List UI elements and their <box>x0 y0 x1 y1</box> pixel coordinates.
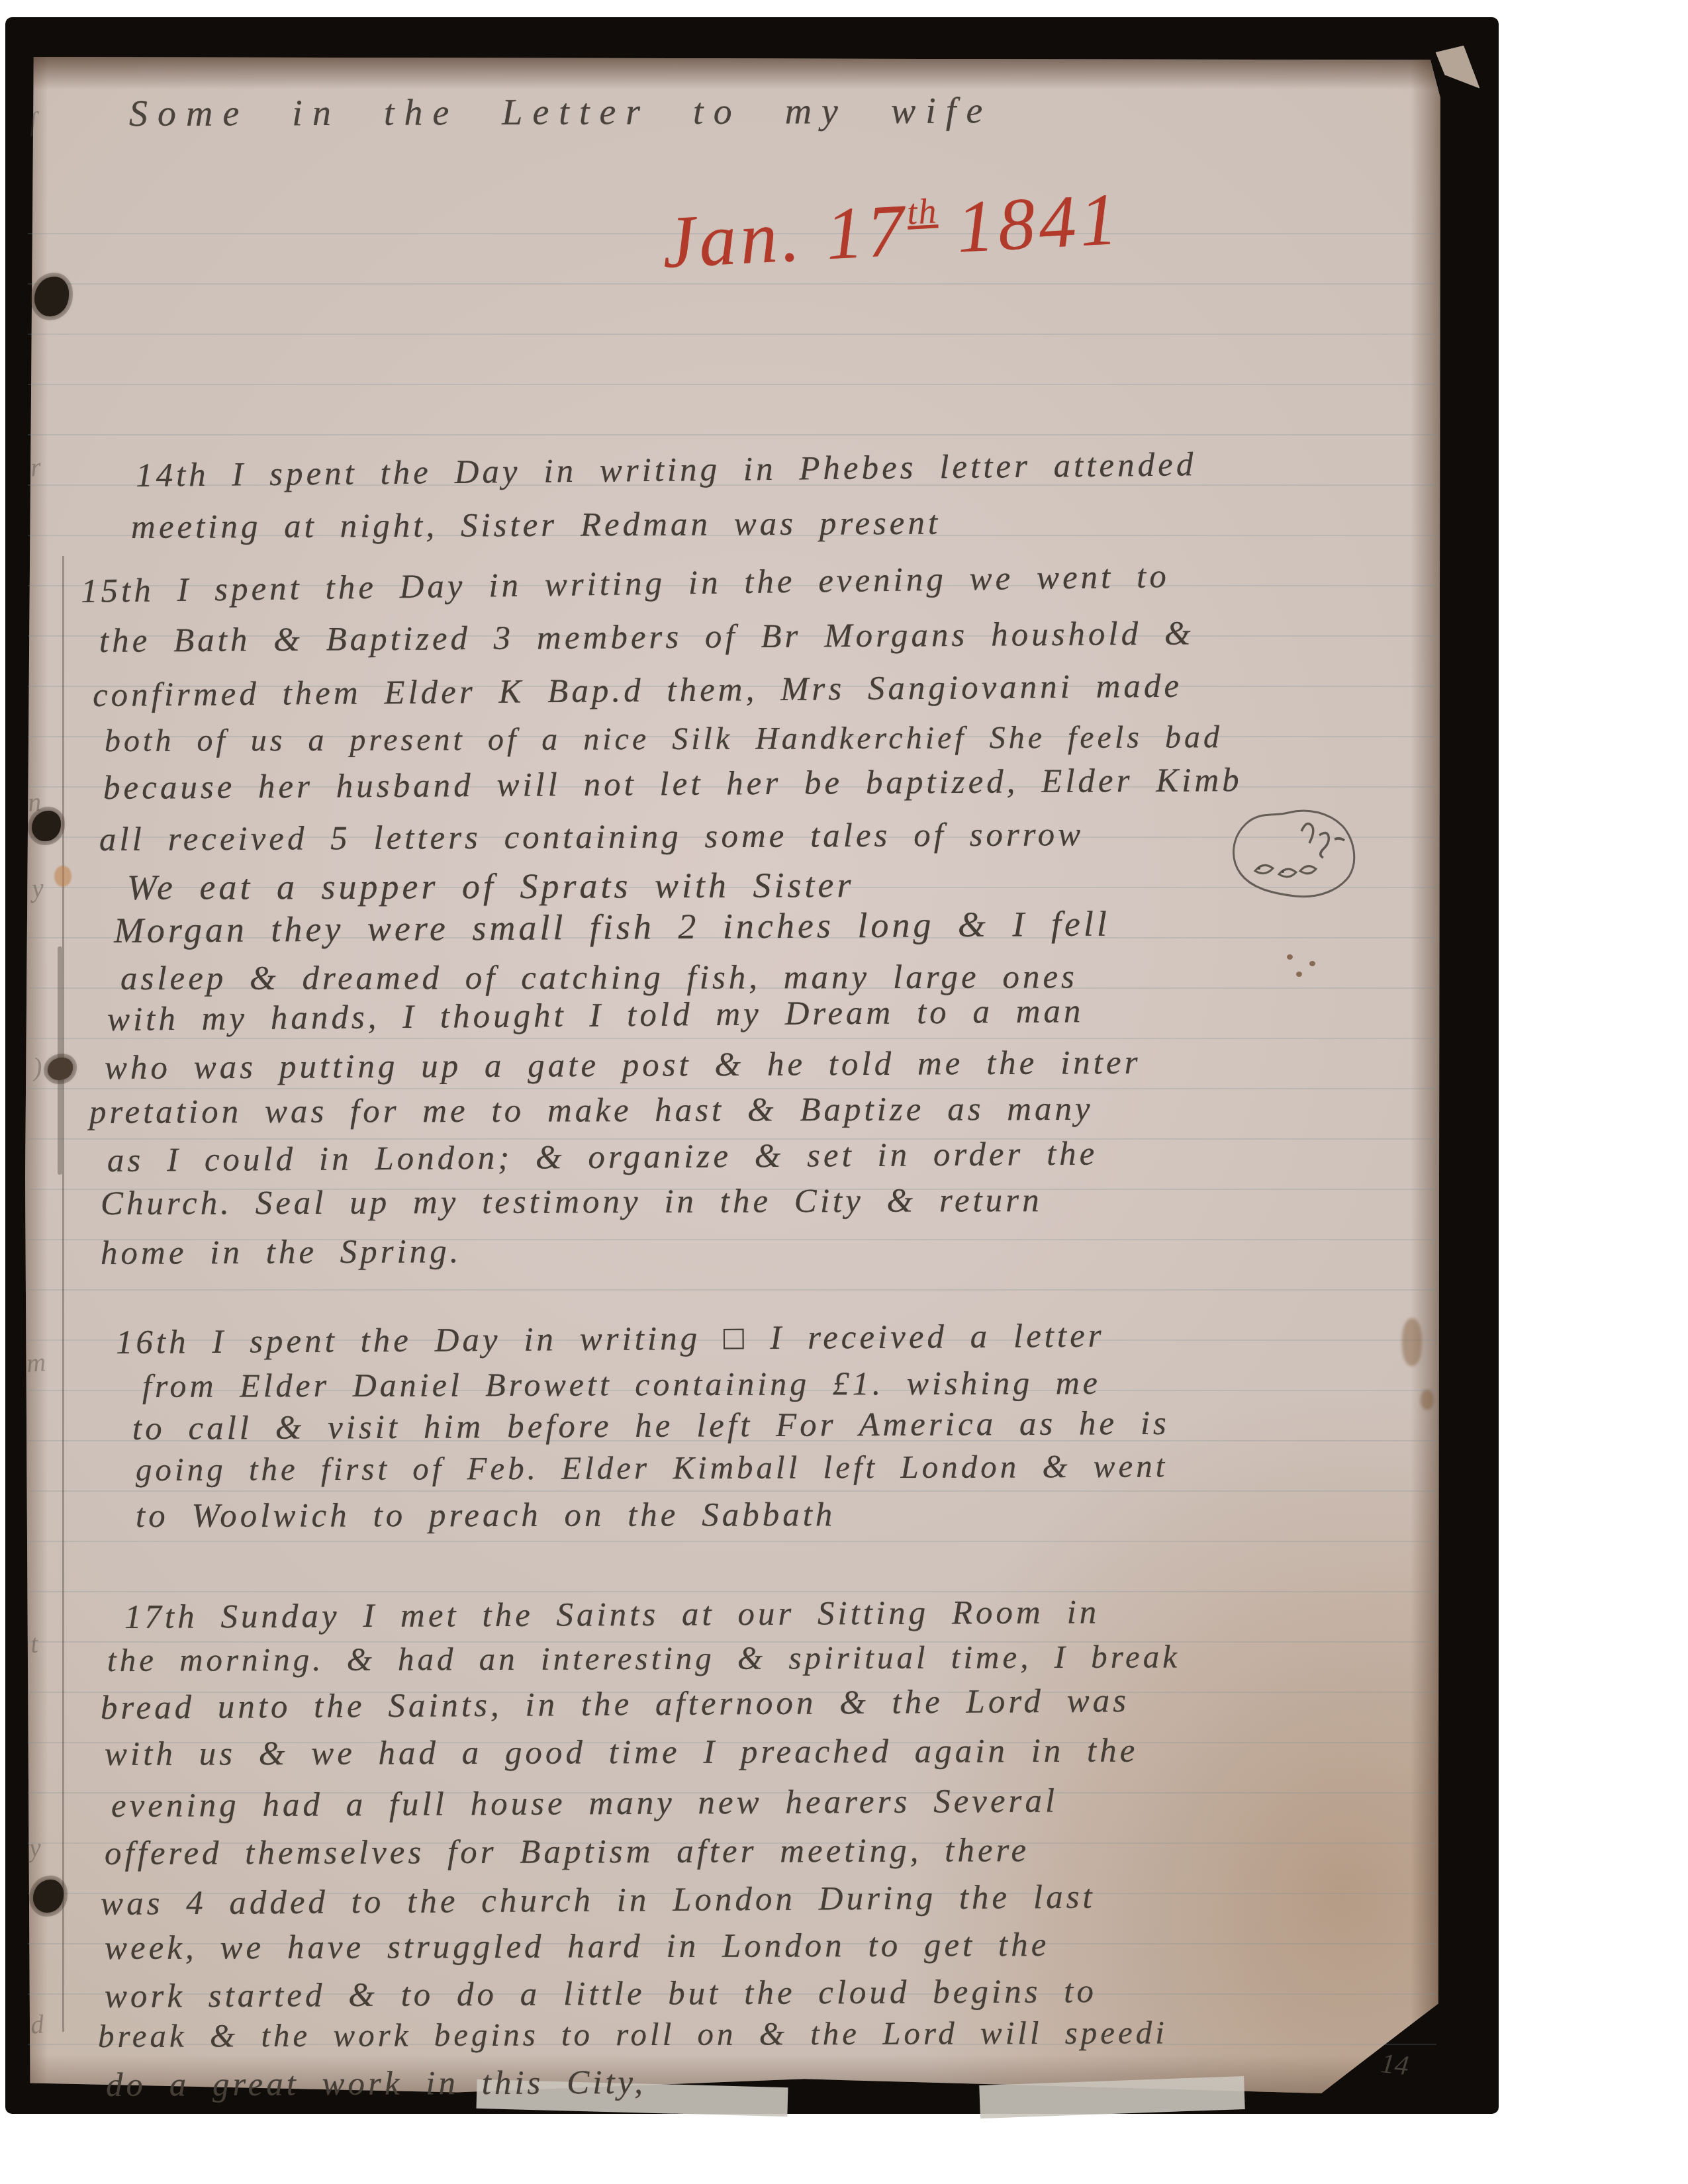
margin-bleedthrough: n <box>26 786 42 817</box>
date-year: 1841 <box>955 178 1123 269</box>
journal-line: who was putting up a gate post & he told… <box>105 1044 1141 1087</box>
journal-line: asleep & dreamed of catching fish, many … <box>120 958 1078 998</box>
journal-line: as I could in London; & organize & set i… <box>107 1135 1098 1180</box>
journal-line: the Bath & Baptized 3 members of Br Morg… <box>99 614 1194 660</box>
ink-speck <box>1287 954 1293 960</box>
ink-stain <box>1402 1318 1422 1366</box>
margin-bleedthrough: d <box>29 2008 44 2040</box>
journal-line: to Woolwich to preach on the Sabbath <box>136 1496 835 1535</box>
margin-bleedthrough: y <box>28 1831 42 1863</box>
journal-line: evening had a full house many new hearer… <box>111 1782 1058 1825</box>
journal-line: because her husband will not let her be … <box>103 761 1243 807</box>
date-ordinal: th <box>906 191 939 232</box>
margin-crease-line <box>62 556 64 2032</box>
scanned-journal-page: ſ r n y ) m t y d Some in the Letter to … <box>0 0 1688 2184</box>
margin-bleedthrough: r <box>29 451 42 483</box>
ink-stain <box>1421 1390 1434 1410</box>
journal-line: from Elder Daniel Browett containing £1.… <box>142 1363 1101 1405</box>
journal-line: both of us a present of a nice Silk Hand… <box>105 719 1223 759</box>
journal-line: all received 5 letters containing some t… <box>99 815 1084 859</box>
journal-line: going the first of Feb. Elder Kimball le… <box>136 1447 1168 1488</box>
date-month-day: Jan. 17 <box>660 189 910 284</box>
journal-line: bread unto the Saints, in the afternoon … <box>101 1682 1129 1727</box>
journal-line: to call & visit him before he left For A… <box>132 1404 1170 1448</box>
journal-line: pretation was for me to make hast & Bapt… <box>89 1090 1094 1132</box>
margin-bleedthrough: y <box>30 872 44 903</box>
journal-line: Church. Seal up my testimony in the City… <box>101 1181 1043 1223</box>
journal-line: We eat a supper of Sprats with Sister <box>127 864 855 908</box>
margin-bleedthrough: m <box>25 1346 46 1379</box>
journal-line: home in the Spring. <box>101 1232 462 1273</box>
journal-line: work started & to do a little but the cl… <box>105 1972 1097 2016</box>
ink-speck <box>1296 972 1302 977</box>
page-catchword: 14 <box>1380 2048 1411 2082</box>
header-note: Some in the Letter to my wife <box>129 89 992 135</box>
journal-line: the morning. & had an interesting & spir… <box>107 1637 1180 1679</box>
journal-line: with us & we had a good time I preached … <box>105 1732 1139 1774</box>
journal-line: was 4 added to the church in London Duri… <box>101 1878 1096 1923</box>
ink-speck <box>1309 961 1315 966</box>
ink-stain <box>54 866 71 887</box>
journal-line: break & the work begins to roll on & the… <box>98 2013 1168 2055</box>
journal-line: week, we have struggled hard in London t… <box>105 1926 1049 1968</box>
sprats-doodle <box>1225 806 1360 902</box>
journal-line: meeting at night, Sister Redman was pres… <box>131 504 941 547</box>
journal-line: Morgan they were small fish 2 inches lon… <box>114 903 1110 951</box>
journal-line: 16th I spent the Day in writing □ I rece… <box>116 1317 1105 1362</box>
journal-line: offered themselves for Baptism after mee… <box>105 1831 1029 1873</box>
journal-line: 17th Sunday I met the Saints at our Sitt… <box>124 1593 1100 1637</box>
journal-line: do a great work in this City, <box>106 2064 646 2105</box>
